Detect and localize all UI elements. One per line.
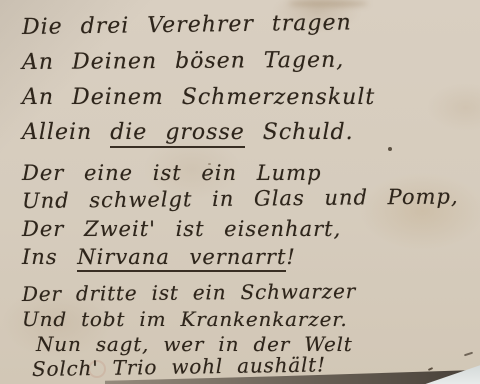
poem-line: An Deinem Schmerzenskult: [22, 80, 476, 115]
poem-line: Ins Nirvana vernarrt!: [22, 243, 476, 271]
handwritten-text: Schuld.: [245, 120, 354, 145]
underlined-text: Nirvana vernarrt: [77, 245, 286, 272]
poem-line: Und tobt im Krankenkarzer.: [22, 307, 476, 332]
photo-of-handwritten-note: Die drei Verehrer tragenAn Deinen bösen …: [0, 0, 480, 384]
handwritten-text: Der eine ist ein Lump: [22, 161, 322, 185]
handwritten-text: Und tobt im Krankenkarzer.: [22, 307, 348, 331]
handwritten-text: Die drei Verehrer tragen: [22, 10, 352, 40]
handwritten-text: Der dritte ist ein Schwarzer: [22, 279, 356, 306]
handwritten-text: Ins: [22, 245, 77, 269]
handwritten-text: An Deinem Schmerzenskult: [22, 85, 375, 110]
underlined-text: die grosse: [110, 120, 245, 148]
handwritten-text: An Deinen bösen Tagen,: [22, 48, 344, 75]
poem: Die drei Verehrer tragenAn Deinen bösen …: [22, 10, 476, 382]
poem-line: Der Zweit' ist eisenhart,: [22, 215, 476, 243]
poem-stanza: Der dritte ist ein SchwarzerUnd tobt im …: [22, 282, 476, 382]
poem-line: Und schwelgt in Glas und Pomp,: [22, 182, 476, 215]
poem-line: An Deinen bösen Tagen,: [22, 42, 476, 80]
handwritten-text: Der Zweit' ist eisenhart,: [22, 217, 341, 241]
poem-line: Der dritte ist ein Schwarzer: [22, 278, 476, 307]
handwritten-text: Allein: [22, 120, 110, 145]
handwritten-text: Und schwelgt in Glas und Pomp,: [22, 184, 459, 213]
handwritten-text: !: [286, 245, 295, 269]
poem-stanza: Die drei Verehrer tragenAn Deinen bösen …: [22, 10, 476, 150]
poem-line: Die drei Verehrer tragen: [22, 4, 476, 45]
poem-stanza: Der eine ist ein LumpUnd schwelgt in Gla…: [22, 159, 476, 271]
poem-line: Allein die grosse Schuld.: [22, 115, 476, 150]
